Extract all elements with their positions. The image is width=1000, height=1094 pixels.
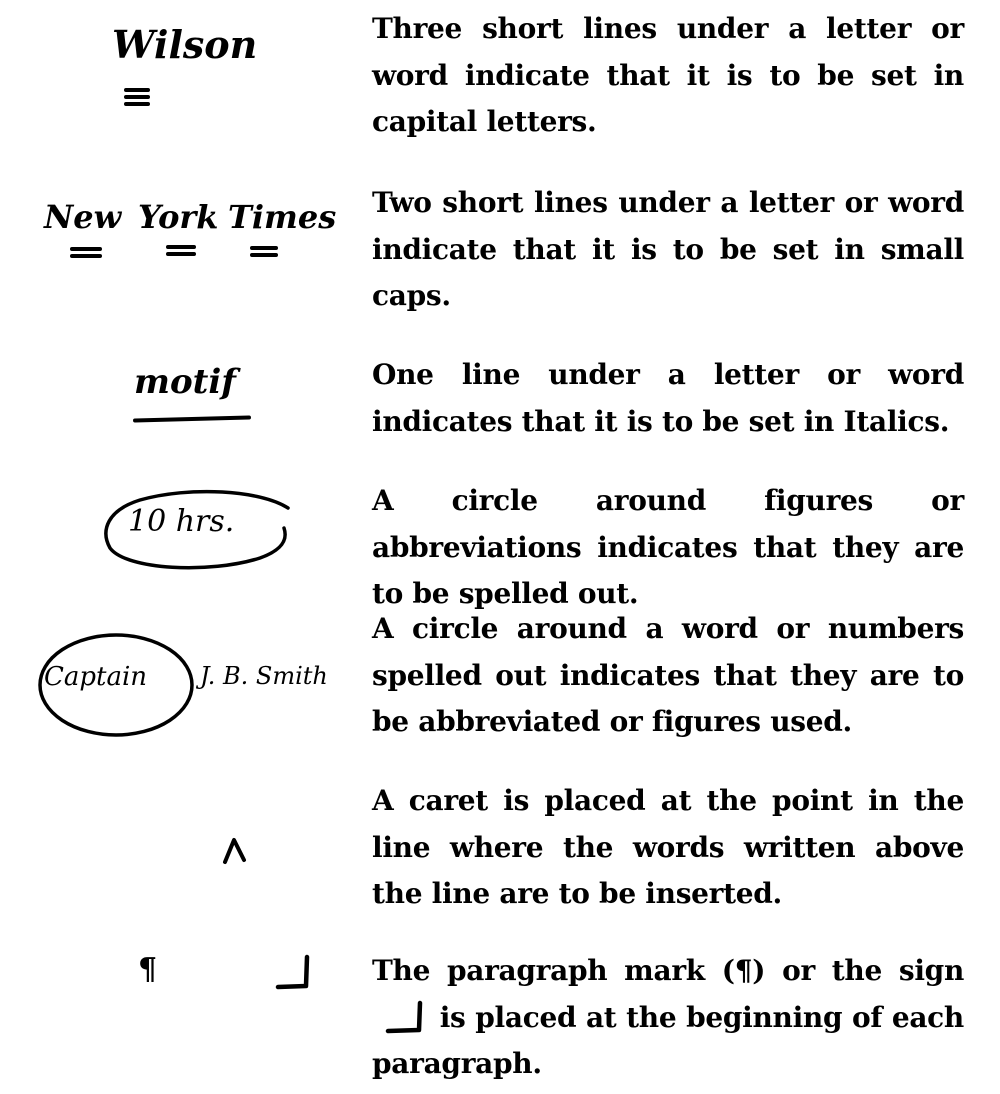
double-underline-icon [250, 253, 278, 257]
example-spell-out: 10 hrs. [0, 478, 365, 578]
handwritten-abbrev-10-hrs: 10 hrs. [128, 504, 234, 539]
paragraph-sign-icon [274, 954, 314, 994]
example-paragraph: ¶ [0, 948, 365, 1008]
example-abbreviate: Captain J. B. Smith [0, 606, 365, 746]
single-underline-icon [133, 415, 251, 422]
inline-paragraph-sign-icon [372, 1004, 430, 1034]
double-underline-icon [70, 254, 102, 258]
handwritten-name-smith: J. B. Smith [200, 662, 328, 690]
description-small-caps: Two short lines under a letter or word i… [372, 180, 964, 320]
handwritten-word-york: York [138, 198, 218, 236]
description-spell-out: A circle around figures or abbreviations… [372, 478, 964, 618]
example-small-caps: New York Times [0, 178, 365, 298]
description-paragraph-part-1: The paragraph mark (¶) or the sign [372, 954, 964, 987]
description-paragraph-part-2: is placed at the beginning of each parag… [372, 1001, 964, 1081]
description-abbreviate: A circle around a word or numbers spelle… [372, 606, 964, 746]
handwritten-word-times: Times [228, 198, 336, 236]
description-paragraph: The paragraph mark (¶) or the sign is pl… [372, 948, 964, 1088]
example-capitals: Wilson [0, 0, 365, 150]
caret-icon [222, 836, 248, 866]
handwritten-word-new: New [44, 198, 121, 236]
handwritten-word-motif: motif [134, 362, 236, 402]
pilcrow-icon: ¶ [138, 952, 157, 987]
triple-underline-icon [124, 88, 150, 92]
example-italics: motif [0, 352, 365, 442]
double-underline-icon [250, 246, 278, 250]
triple-underline-icon [124, 95, 150, 99]
example-caret [0, 778, 365, 918]
triple-underline-icon [124, 102, 150, 106]
double-underline-icon [166, 245, 196, 249]
description-italics: One line under a letter or word indicate… [372, 352, 964, 445]
double-underline-icon [166, 252, 196, 256]
handwritten-word-wilson: Wilson [112, 22, 257, 67]
description-caret: A caret is placed at the point in the li… [372, 778, 964, 918]
double-underline-icon [70, 247, 102, 251]
handwritten-word-captain: Captain [44, 662, 147, 692]
description-capitals: Three short lines under a letter or word… [372, 6, 964, 146]
